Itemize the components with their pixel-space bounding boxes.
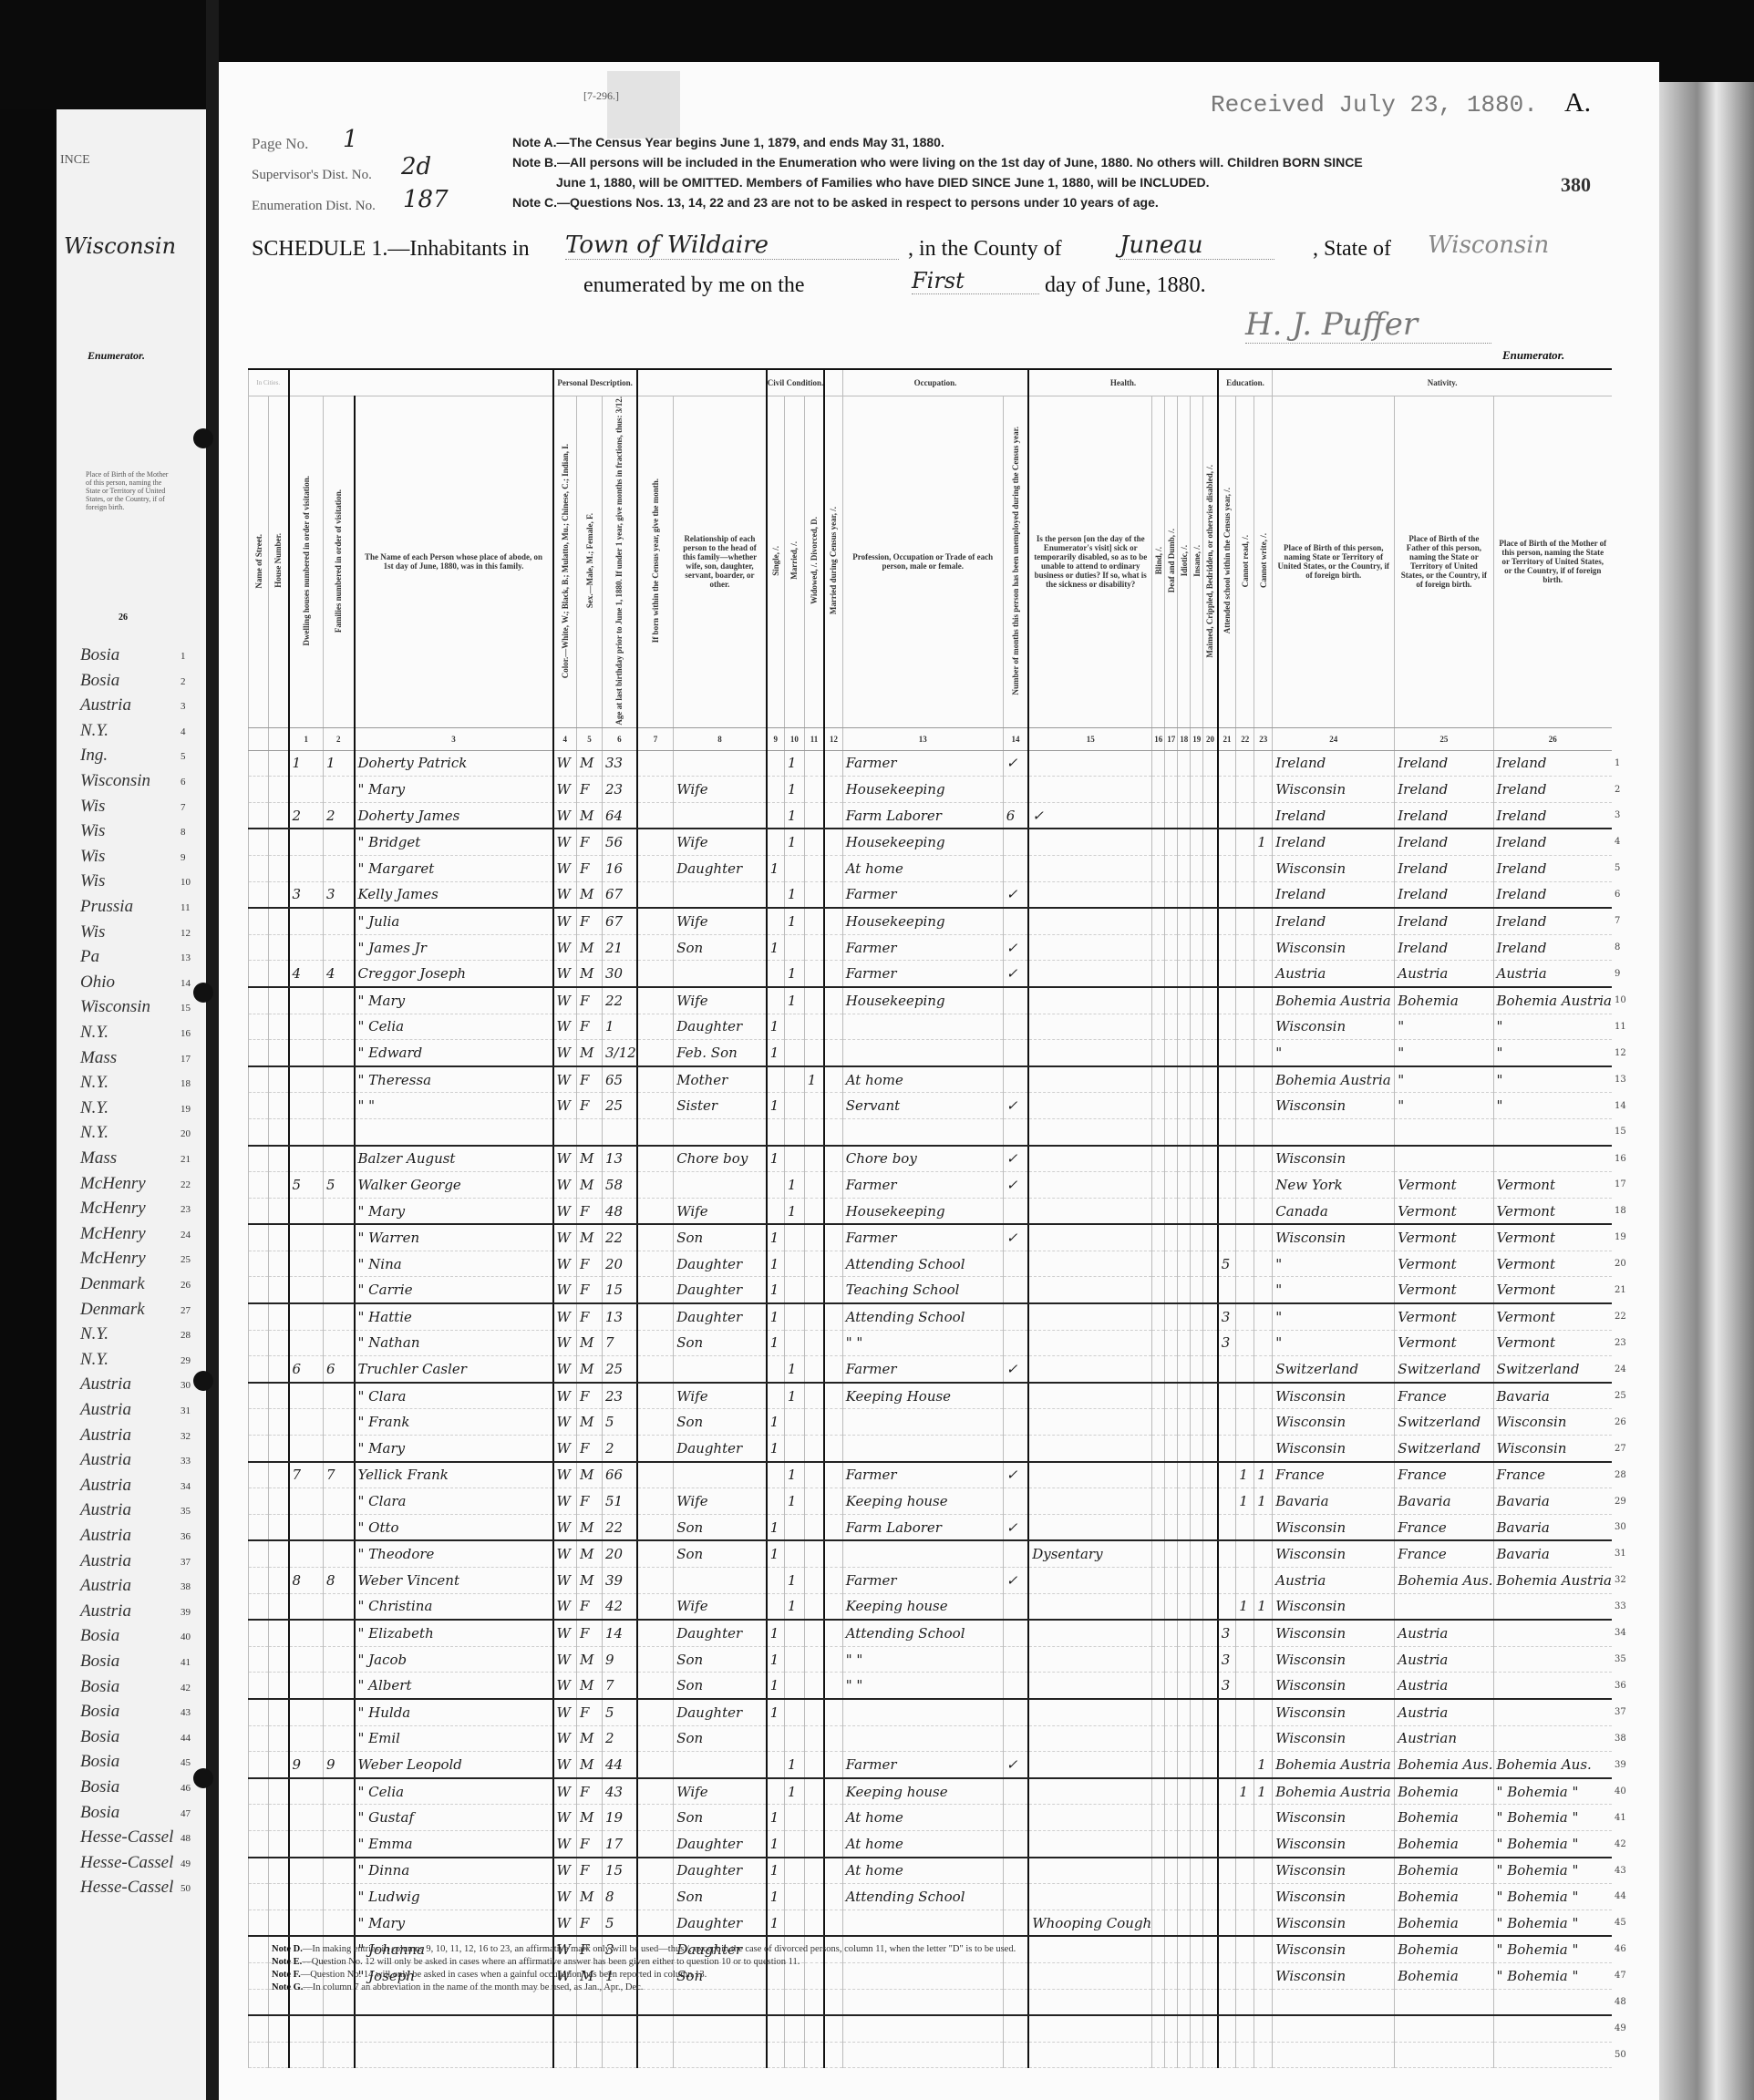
- cell-months-unemployed: [1003, 1778, 1028, 1805]
- cell-attended-school: [1218, 2042, 1236, 2068]
- cell-sickness: [1028, 1172, 1152, 1199]
- footnote-label: Note D.: [272, 1944, 303, 1954]
- cell-single: 1: [767, 1146, 785, 1172]
- cell-widowed: [804, 1093, 824, 1119]
- cell-married: 1: [784, 1356, 804, 1383]
- cell-birth-month: [637, 1778, 674, 1805]
- cell-widowed: [804, 2015, 824, 2042]
- cell-sickness: [1028, 1436, 1152, 1462]
- line-number: 3: [1612, 802, 1634, 829]
- cell-deaf-dumb: [1165, 1093, 1178, 1119]
- group-health: Health.: [1028, 369, 1218, 396]
- cell-months-unemployed: [1003, 1673, 1028, 1699]
- cell-deaf-dumb: [1165, 1830, 1178, 1857]
- cell-married-in-year: [824, 777, 842, 803]
- cell-birthplace: Wisconsin: [1273, 1620, 1395, 1646]
- cell-sex: M: [577, 802, 603, 829]
- cell-street: [249, 1118, 269, 1145]
- cell-color: W: [553, 1303, 577, 1330]
- cell-street: [249, 1514, 269, 1540]
- cell-mother-birthplace: Switzerland: [1493, 1356, 1612, 1383]
- cell-widowed: [804, 1146, 824, 1172]
- cell-deaf-dumb: [1165, 1593, 1178, 1620]
- cell-attended-school: [1218, 934, 1236, 961]
- cell-insane: [1191, 987, 1203, 1014]
- cell-mother-birthplace: ": [1493, 1014, 1612, 1040]
- left-page-line-number: 29: [181, 1355, 191, 1366]
- cell-sex: M: [577, 1673, 603, 1699]
- cell-color: W: [553, 961, 577, 987]
- cell-person-name: " Nathan: [355, 1330, 553, 1356]
- left-page-line-number: 3: [181, 701, 186, 712]
- cell-maimed: [1203, 1805, 1218, 1831]
- column-number: 16: [1152, 727, 1165, 750]
- cell-deaf-dumb: [1165, 750, 1178, 777]
- cell-birthplace: Wisconsin: [1273, 1673, 1395, 1699]
- cell-person-name: " Hulda: [355, 1699, 553, 1725]
- cell-maimed: [1203, 1198, 1218, 1224]
- cell-married: [784, 1224, 804, 1251]
- cell-street: [249, 1172, 269, 1199]
- enumeration-dist-label: Enumeration Dist. No.: [252, 199, 376, 214]
- cell-cannot-read: [1236, 1646, 1254, 1673]
- cell-color: W: [553, 1040, 577, 1066]
- cell-insane: [1191, 1409, 1203, 1436]
- cell-occupation: [842, 1040, 1003, 1066]
- cell-maimed: [1203, 777, 1218, 803]
- cell-sickness: [1028, 1646, 1152, 1673]
- cell-mother-birthplace: " Bohemia ": [1493, 1962, 1612, 1989]
- cell-deaf-dumb: [1165, 802, 1178, 829]
- cell-single: [767, 802, 785, 829]
- cell-cannot-write: [1254, 777, 1273, 803]
- column-header-17: Deaf and Dumb, /.: [1165, 396, 1178, 728]
- cell-sex: M: [577, 1568, 603, 1594]
- left-page-entry: Wis: [80, 871, 105, 891]
- table-row: " EmilWM2SonWisconsinAustrian38: [249, 1725, 1634, 1752]
- cell-birthplace: New York: [1273, 1172, 1395, 1199]
- cell-father-birthplace: France: [1395, 1462, 1493, 1488]
- cell-idiotic: [1178, 1488, 1191, 1515]
- cell-cannot-read: [1236, 750, 1254, 777]
- line-number: 1: [1612, 750, 1634, 777]
- cell-relationship: [674, 1172, 767, 1199]
- column-number: 21: [1218, 727, 1236, 750]
- cell-sickness: [1028, 1830, 1152, 1857]
- line-number: 31: [1612, 1540, 1634, 1567]
- cell-cannot-read: [1236, 1093, 1254, 1119]
- cell-mother-birthplace: Bohemia Aus.: [1493, 1752, 1612, 1778]
- cell-cannot-write: [1254, 1989, 1273, 2015]
- table-row: 77Yellick FrankWM661Farmer✓11FranceFranc…: [249, 1462, 1634, 1488]
- cell-house: [269, 1514, 289, 1540]
- column-header-26: Place of Birth of the Mother of this per…: [1493, 396, 1612, 728]
- cell-cannot-write: [1254, 1118, 1273, 1145]
- cell-color: W: [553, 1146, 577, 1172]
- cell-widowed: [804, 1805, 824, 1831]
- cell-birth-month: [637, 1066, 674, 1093]
- cell-cannot-write: 1: [1254, 829, 1273, 855]
- cell-cannot-read: [1236, 802, 1254, 829]
- cell-cannot-read: [1236, 881, 1254, 908]
- cell-house: [269, 1910, 289, 1936]
- cell-father-birthplace: Ireland: [1395, 881, 1493, 908]
- cell-blind: [1152, 2042, 1165, 2068]
- cell-street: [249, 1409, 269, 1436]
- cell-color: W: [553, 1383, 577, 1409]
- line-number: 10: [1612, 987, 1634, 1014]
- cell-married: 1: [784, 1752, 804, 1778]
- cell-birthplace: Wisconsin: [1273, 1936, 1395, 1962]
- cell-deaf-dumb: [1165, 1356, 1178, 1383]
- cell-attended-school: [1218, 1540, 1236, 1567]
- cell-occupation: Farmer: [842, 1752, 1003, 1778]
- cell-age: 21: [603, 934, 637, 961]
- cell-father-birthplace: ": [1395, 1014, 1493, 1040]
- cell-age: 14: [603, 1620, 637, 1646]
- cell-relationship: Son: [674, 934, 767, 961]
- cell-cannot-write: [1254, 1646, 1273, 1673]
- cell-age: 13: [603, 1303, 637, 1330]
- cell-married: 1: [784, 1172, 804, 1199]
- left-page-entry: Ohio: [80, 973, 115, 993]
- cell-cannot-read: [1236, 1040, 1254, 1066]
- table-row: " LudwigWM8Son1Attending SchoolWisconsin…: [249, 1884, 1634, 1910]
- cell-married-in-year: [824, 1725, 842, 1752]
- line-number: 4: [1612, 829, 1634, 855]
- cell-single: 1: [767, 1040, 785, 1066]
- left-page-line-number: 45: [181, 1757, 191, 1768]
- cell-mother-birthplace: Vermont: [1493, 1172, 1612, 1199]
- cell-family-number: [324, 987, 355, 1014]
- cell-birthplace: ": [1273, 1330, 1395, 1356]
- cell-occupation: Keeping house: [842, 1488, 1003, 1515]
- cell-street: [249, 1936, 269, 1962]
- table-row: " AlbertWM7Son1" "3WisconsinAustria36: [249, 1673, 1634, 1699]
- cell-widowed: [804, 908, 824, 934]
- cell-maimed: [1203, 1118, 1218, 1145]
- column-number: 1: [289, 727, 324, 750]
- cell-dwelling-number: [289, 829, 324, 855]
- line-number: 12: [1612, 1040, 1634, 1066]
- cell-cannot-write: 1: [1254, 1462, 1273, 1488]
- table-row: " MaryWF22Wife1HousekeepingBohemia Austr…: [249, 987, 1634, 1014]
- cell-father-birthplace: Bohemia: [1395, 1805, 1493, 1831]
- table-row: " MaryWF23Wife1HousekeepingWisconsinIrel…: [249, 777, 1634, 803]
- cell-birthplace: ": [1273, 1277, 1395, 1303]
- binding-shadow: [0, 109, 57, 2100]
- cell-birthplace: Wisconsin: [1273, 1409, 1395, 1436]
- cell-street: [249, 1146, 269, 1172]
- cell-married: 1: [784, 1568, 804, 1594]
- cell-cannot-write: [1254, 1568, 1273, 1594]
- cell-birth-month: [637, 1146, 674, 1172]
- cell-maimed: [1203, 1830, 1218, 1857]
- cell-months-unemployed: ✓: [1003, 881, 1028, 908]
- cell-person-name: Balzer August: [355, 1146, 553, 1172]
- cell-father-birthplace: Austria: [1395, 1646, 1493, 1673]
- cell-deaf-dumb: [1165, 1989, 1178, 2015]
- cell-sex: F: [577, 908, 603, 934]
- cell-street: [249, 1014, 269, 1040]
- cell-married-in-year: [824, 1118, 842, 1145]
- cell-attended-school: [1218, 1093, 1236, 1119]
- cell-sickness: [1028, 1778, 1152, 1805]
- cell-deaf-dumb: [1165, 1014, 1178, 1040]
- cell-color: W: [553, 1409, 577, 1436]
- cell-color: W: [553, 1884, 577, 1910]
- cell-cannot-read: [1236, 829, 1254, 855]
- cell-idiotic: [1178, 2042, 1191, 2068]
- cell-blind: [1152, 1725, 1165, 1752]
- cell-blind: [1152, 1568, 1165, 1594]
- cell-relationship: Daughter: [674, 1699, 767, 1725]
- cell-months-unemployed: [1003, 855, 1028, 881]
- line-number: 29: [1612, 1488, 1634, 1515]
- cell-married-in-year: [824, 750, 842, 777]
- cell-age: 15: [603, 1277, 637, 1303]
- cell-house: [269, 1093, 289, 1119]
- cell-deaf-dumb: [1165, 1673, 1178, 1699]
- cell-age: 67: [603, 881, 637, 908]
- cell-birthplace: Bohemia Austria: [1273, 1066, 1395, 1093]
- cell-married: [784, 1014, 804, 1040]
- table-row: " JuliaWF67Wife1HousekeepingIrelandIrela…: [249, 908, 1634, 934]
- cell-family-number: 2: [324, 802, 355, 829]
- cell-insane: [1191, 1989, 1203, 2015]
- cell-father-birthplace: Vermont: [1395, 1303, 1493, 1330]
- cell-married: [784, 855, 804, 881]
- cell-deaf-dumb: [1165, 1330, 1178, 1356]
- cell-cannot-read: [1236, 1673, 1254, 1699]
- cell-sickness: [1028, 1989, 1152, 2015]
- cell-mother-birthplace: Ireland: [1493, 802, 1612, 829]
- cell-relationship: [674, 2015, 767, 2042]
- line-number: 19: [1612, 1224, 1634, 1251]
- cell-occupation: Attending School: [842, 1303, 1003, 1330]
- cell-street: [249, 1093, 269, 1119]
- line-number: 40: [1612, 1778, 1634, 1805]
- cell-maimed: [1203, 1540, 1218, 1567]
- cell-blind: [1152, 987, 1165, 1014]
- cell-house: [269, 1251, 289, 1277]
- cell-married-in-year: [824, 1146, 842, 1172]
- cell-idiotic: [1178, 1540, 1191, 1567]
- cell-married-in-year: [824, 881, 842, 908]
- cell-family-number: [324, 1066, 355, 1093]
- cell-idiotic: [1178, 1858, 1191, 1884]
- cell-attended-school: [1218, 1436, 1236, 1462]
- cell-birthplace: Bohemia Austria: [1273, 1752, 1395, 1778]
- cell-mother-birthplace: " Bohemia ": [1493, 1910, 1612, 1936]
- cell-street: [249, 1436, 269, 1462]
- table-row: 33Kelly JamesWM671Farmer✓IrelandIrelandI…: [249, 881, 1634, 908]
- cell-single: 1: [767, 934, 785, 961]
- cell-street: [249, 1620, 269, 1646]
- cell-street: [249, 1646, 269, 1673]
- cell-blind: [1152, 1593, 1165, 1620]
- cell-cannot-read: [1236, 961, 1254, 987]
- cell-relationship: Daughter: [674, 1014, 767, 1040]
- cell-sickness: [1028, 1699, 1152, 1725]
- cell-cannot-write: [1254, 1330, 1273, 1356]
- left-page-entry: Mass: [80, 1148, 117, 1168]
- cell-occupation: [842, 1540, 1003, 1567]
- cell-cannot-read: [1236, 1146, 1254, 1172]
- line-number: 13: [1612, 1066, 1634, 1093]
- cell-sickness: [1028, 961, 1152, 987]
- cell-family-number: [324, 1040, 355, 1066]
- column-number: [249, 727, 269, 750]
- cell-person-name: " Margaret: [355, 855, 553, 881]
- cell-birth-month: [637, 881, 674, 908]
- cell-married-in-year: [824, 1858, 842, 1884]
- left-page-line-number: 47: [181, 1808, 191, 1819]
- cell-street: [249, 1673, 269, 1699]
- cell-single: [767, 1172, 785, 1199]
- table-row: " ElizabethWF14Daughter1Attending School…: [249, 1620, 1634, 1646]
- cell-father-birthplace: [1395, 1593, 1493, 1620]
- cell-occupation: Farm Laborer: [842, 1514, 1003, 1540]
- cell-attended-school: [1218, 802, 1236, 829]
- cell-widowed: [804, 1646, 824, 1673]
- cell-married: 1: [784, 1462, 804, 1488]
- cell-mother-birthplace: [1493, 1118, 1612, 1145]
- cell-blind: [1152, 2015, 1165, 2042]
- column-number: 3: [355, 727, 553, 750]
- cell-occupation: [842, 2042, 1003, 2068]
- left-page-entry: Denmark: [80, 1274, 145, 1294]
- cell-house: [269, 1830, 289, 1857]
- left-page-entry: Austria: [80, 1500, 131, 1520]
- cell-street: [249, 1989, 269, 2015]
- cell-occupation: Housekeeping: [842, 987, 1003, 1014]
- cell-blind: [1152, 1540, 1165, 1567]
- cell-cannot-write: [1254, 1409, 1273, 1436]
- group-personal-description: Personal Description.: [553, 369, 637, 396]
- left-page-entry: Bosia: [80, 671, 119, 691]
- cell-widowed: [804, 1383, 824, 1409]
- cell-birthplace: Wisconsin: [1273, 1146, 1395, 1172]
- cell-sickness: [1028, 1118, 1152, 1145]
- cell-birth-month: [637, 1040, 674, 1066]
- cell-married: 1: [784, 1778, 804, 1805]
- left-page-entry: Bosia: [80, 1727, 119, 1747]
- cell-married: [784, 1805, 804, 1831]
- supervisor-dist-value: 2d: [401, 153, 431, 180]
- footnote: Note D.—In making entries in columns 9, …: [272, 1943, 1016, 1956]
- cell-relationship: Wife: [674, 1383, 767, 1409]
- cell-idiotic: [1178, 1989, 1191, 2015]
- cell-sickness: [1028, 1488, 1152, 1515]
- column-header-c1: House Number.: [269, 396, 289, 728]
- cell-occupation: Keeping house: [842, 1593, 1003, 1620]
- cell-idiotic: [1178, 1251, 1191, 1277]
- cell-cannot-write: 1: [1254, 1593, 1273, 1620]
- cell-married-in-year: [824, 1066, 842, 1093]
- cell-months-unemployed: [1003, 2042, 1028, 2068]
- cell-birth-month: [637, 1752, 674, 1778]
- group-occupation: Occupation.: [842, 369, 1028, 396]
- cell-attended-school: [1218, 1409, 1236, 1436]
- table-row: 66Truchler CaslerWM251Farmer✓Switzerland…: [249, 1356, 1634, 1383]
- line-number: 25: [1612, 1383, 1634, 1409]
- cell-maimed: [1203, 1778, 1218, 1805]
- cell-married-in-year: [824, 1277, 842, 1303]
- cell-cannot-read: [1236, 1752, 1254, 1778]
- cell-father-birthplace: Vermont: [1395, 1224, 1493, 1251]
- footnote-text: —In column 7 an abbreviation in the name…: [303, 1982, 643, 1992]
- cell-idiotic: [1178, 881, 1191, 908]
- column-header-14: Number of months this person has been un…: [1003, 396, 1028, 728]
- cell-single: 1: [767, 1910, 785, 1936]
- cell-maimed: [1203, 1989, 1218, 2015]
- cell-family-number: [324, 1910, 355, 1936]
- cell-dwelling-number: [289, 934, 324, 961]
- cell-single: 1: [767, 1805, 785, 1831]
- column-number: 15: [1028, 727, 1152, 750]
- cell-person-name: Truchler Casler: [355, 1356, 553, 1383]
- cell-relationship: Son: [674, 1884, 767, 1910]
- cell-birth-month: [637, 1514, 674, 1540]
- cell-months-unemployed: [1003, 1805, 1028, 1831]
- cell-age: 8: [603, 1884, 637, 1910]
- cell-occupation: " ": [842, 1646, 1003, 1673]
- cell-months-unemployed: ✓: [1003, 1356, 1028, 1383]
- cell-birth-month: [637, 1093, 674, 1119]
- column-number: 13: [842, 727, 1003, 750]
- cell-house: [269, 802, 289, 829]
- cell-married: [784, 1409, 804, 1436]
- left-page-entry: Hesse-Cassel: [80, 1853, 173, 1873]
- cell-single: [767, 1568, 785, 1594]
- left-page-entry: Austria: [80, 1576, 131, 1596]
- cell-deaf-dumb: [1165, 1725, 1178, 1752]
- cell-cannot-read: [1236, 855, 1254, 881]
- cell-idiotic: [1178, 1330, 1191, 1356]
- cell-relationship: Son: [674, 1409, 767, 1436]
- cell-family-number: 5: [324, 1172, 355, 1199]
- cell-married: [784, 1040, 804, 1066]
- cell-house: [269, 1884, 289, 1910]
- cell-color: W: [553, 829, 577, 855]
- cell-single: [767, 1118, 785, 1145]
- left-page-line-number: 2: [181, 676, 186, 687]
- cell-attended-school: [1218, 1277, 1236, 1303]
- cell-attended-school: [1218, 1488, 1236, 1515]
- cell-dwelling-number: [289, 1040, 324, 1066]
- footnote-text: —Question No. 14 will only be asked in c…: [301, 1970, 707, 1980]
- cell-dwelling-number: [289, 1593, 324, 1620]
- cell-attended-school: [1218, 1778, 1236, 1805]
- cell-sex: F: [577, 855, 603, 881]
- cell-attended-school: [1218, 750, 1236, 777]
- cell-married: [784, 1910, 804, 1936]
- left-page-entry: N.Y.: [80, 1123, 108, 1143]
- line-number: 44: [1612, 1884, 1634, 1910]
- table-row: " ClaraWF51Wife1Keeping house11BavariaBa…: [249, 1488, 1634, 1515]
- cell-blind: [1152, 1699, 1165, 1725]
- left-page-line-number: 7: [181, 802, 186, 813]
- cell-sex: M: [577, 1725, 603, 1752]
- left-page-line-number: 22: [181, 1179, 191, 1190]
- cell-person-name: " Mary: [355, 987, 553, 1014]
- line-number: 33: [1612, 1593, 1634, 1620]
- column-number: 24: [1273, 727, 1395, 750]
- cell-father-birthplace: ": [1395, 1040, 1493, 1066]
- cell-attended-school: [1218, 908, 1236, 934]
- cell-insane: [1191, 1040, 1203, 1066]
